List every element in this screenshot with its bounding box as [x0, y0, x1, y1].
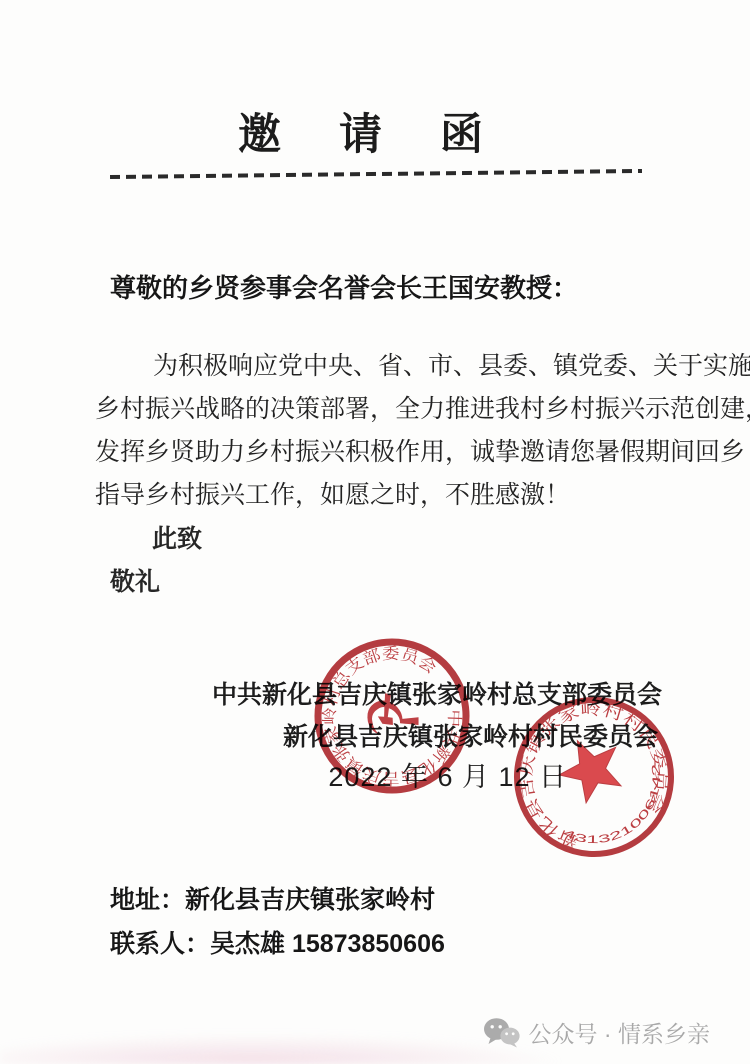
hammer-sickle-icon: ☭: [348, 673, 436, 758]
body-line: 发挥乡贤助力乡村振兴积极作用，诚挚邀请您暑假期间回乡: [95, 438, 653, 467]
scan-artifact-blush: [0, 1034, 560, 1064]
body-line: 为积极响应党中央、省、市、县委、镇党委、关于实施: [153, 352, 653, 381]
star-icon: [549, 727, 632, 808]
wechat-watermark: 公众号 · 情系乡亲: [483, 1016, 710, 1049]
address-line: 地址：新化县吉庆镇张家岭村: [110, 880, 435, 916]
body-line: 指导乡村振兴工作，如愿之时，不胜感激！: [95, 481, 653, 510]
contact-line: 联系人：吴杰雄 15873850606: [110, 924, 445, 960]
invitation-letter-page: 邀请函 尊敬的乡贤参事会名誉会长王国安教授： 为积极响应党中央、省、市、县委、镇…: [0, 0, 750, 1064]
title-divider: [110, 169, 642, 179]
party-committee-stamp: 中共新化县吉庆镇张家岭村总支部委员会 ☭: [312, 636, 472, 796]
village-committee-stamp: 新化县吉庆镇张家岭村村民委员会 431321006142: [509, 692, 679, 862]
wechat-icon: [483, 1017, 520, 1048]
salutation: 尊敬的乡贤参事会名誉会长王国安教授：: [110, 274, 578, 304]
closing-salute: 敬礼: [110, 562, 160, 598]
watermark-text: 公众号 · 情系乡亲: [529, 1016, 710, 1049]
closing-respect: 此致: [152, 519, 202, 555]
body-line: 乡村振兴战略的决策部署，全力推进我村乡村振兴示范创建，: [95, 395, 653, 424]
page-title: 邀请函: [238, 114, 541, 157]
